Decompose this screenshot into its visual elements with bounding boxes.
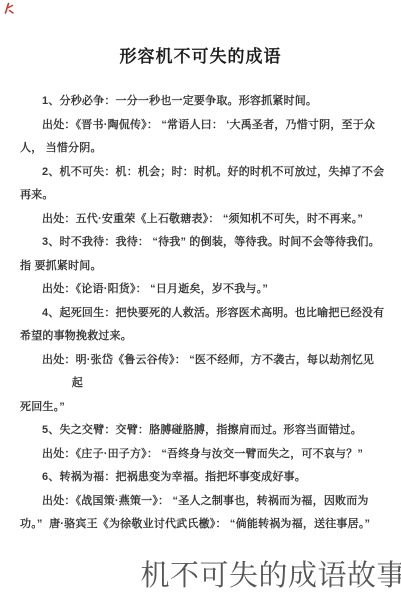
text-line: 出处：《晋书·陶侃传》： “常语人曰： ‘大禹圣者，乃惜寸阴，至于众 — [20, 114, 401, 138]
text-line: 6、转祸为福：把祸患变为幸福。指把坏事变成好事。 — [20, 466, 401, 490]
text-line: 2、机不可失：机：机会；时：时机。好的时机不可放过，失掉了不会 — [20, 161, 401, 185]
idiom-list: 1、分秒必争：一分一秒也一定要争取。形容抓紧时间。出处：《晋书·陶侃传》： “常… — [20, 90, 401, 537]
text-line: 出处：《庄子·田子方》： “吾终身与汝交一臂而失之，可不哀与？” — [20, 443, 401, 467]
text-line: 希望的事物挽救过来。 — [20, 325, 401, 349]
text-line: 指 要抓紧时间。 — [20, 255, 401, 279]
text-line: 5、失之交臂：交臂：胳膊碰胳膊，指擦肩而过。形容当面错过。 — [20, 419, 401, 443]
text-line: 出处：明·张岱《鲁云谷传》： “医不经师，方不袭古，每以劫剂忆见 — [20, 349, 401, 373]
red-corner-mark-icon — [3, 2, 15, 15]
text-line: 出处：《战国策·燕策一》： “圣人之制事也，转祸而为福，因败而为 — [20, 490, 401, 514]
text-line: 功。” 唐·骆宾王《为徐敬业讨代武氏檄》： “倘能转祸为福，送往事居。” — [20, 513, 401, 537]
text-line: 1、分秒必争：一分一秒也一定要争取。形容抓紧时间。 — [20, 90, 401, 114]
text-line: 起 — [20, 372, 401, 396]
text-line: 3、时不我待：我待： “待我” 的倒装，等待我。时间不会等待我们。 — [20, 231, 401, 255]
text-line: 死回生。” — [20, 396, 401, 420]
text-line: 出处：《论语·阳货》： “日月逝矣，岁不我与。” — [20, 278, 401, 302]
text-line: 4、起死回生：把快要死的人救活。形容医术高明。也比喻把已经没有 — [20, 302, 401, 326]
page-title: 形容机不可失的成语 — [0, 42, 401, 67]
watermark-text: 机不可失的成语故事 — [140, 553, 401, 594]
text-line: 人， 当惜分阴。 — [20, 137, 401, 161]
document-page: 形容机不可失的成语 1、分秒必争：一分一秒也一定要争取。形容抓紧时间。出处：《晋… — [0, 0, 401, 600]
text-line: 出处：五代·安重荣《上石敬瑭表》： “须知机不可失，时不再来。” — [20, 208, 401, 232]
text-line: 再来。 — [20, 184, 401, 208]
